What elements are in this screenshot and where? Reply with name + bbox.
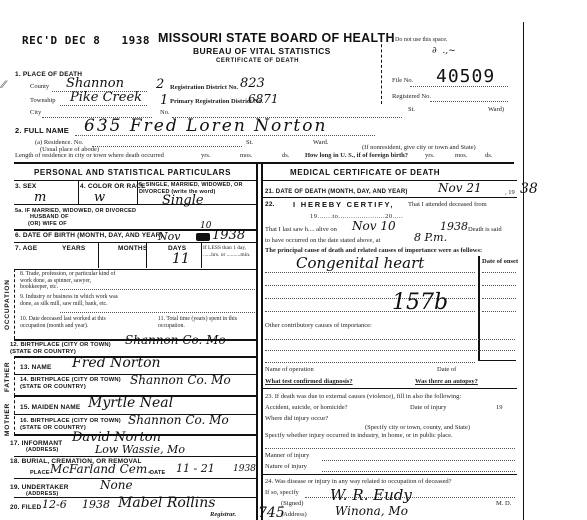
- ink-blot: [196, 233, 210, 241]
- dob-day: 10: [200, 221, 211, 231]
- injury-year-prefix: 19: [496, 404, 503, 411]
- onset-line-1: [482, 272, 516, 273]
- township-line: [60, 105, 147, 106]
- injury-row-line: [262, 474, 517, 475]
- cause-line-2: [265, 285, 475, 286]
- sex-row-line: [14, 204, 257, 205]
- form-title: MISSOURI STATE BOARD OF HEALTH: [158, 31, 395, 45]
- undertaker-value: None: [100, 478, 133, 492]
- father-side-label: FATHER: [4, 362, 11, 392]
- mos-label: mos.: [240, 152, 252, 159]
- occupation-related-label: 24. Was disease or injury in any way rel…: [265, 478, 452, 485]
- father-birthplace-value: Shannon Co. Mo: [130, 373, 231, 387]
- medical-section-title: MEDICAL CERTIFICATE OF DEATH: [290, 168, 440, 177]
- dob-year: 1938: [212, 228, 245, 243]
- st-label: St.: [408, 106, 415, 113]
- physician-address: Winona, Mo: [335, 504, 408, 518]
- burial-date-value: 11 - 21: [176, 462, 215, 475]
- certificate-type: CERTIFICATE OF DEATH: [216, 58, 299, 64]
- township-value: Pike Creek: [70, 90, 142, 105]
- nature-label: Nature of injury: [265, 463, 307, 470]
- mother-maiden-label: 15. MAIDEN NAME: [20, 404, 80, 411]
- onset-column-divider: [478, 256, 480, 360]
- date-of-onset-label: Date of onset: [482, 258, 518, 265]
- margin-mark: ⁄⁄: [2, 80, 5, 91]
- no-label: No.: [160, 109, 170, 116]
- burial-place-label: PLACE: [30, 470, 50, 476]
- principal-cause-label: The principal cause of death and related…: [265, 247, 482, 254]
- occ-total-time-label: 11. Total time (years) spent in this occ…: [158, 316, 238, 329]
- certify-text: That I attended deceased from: [408, 201, 487, 208]
- mother-bracket: [14, 395, 15, 435]
- husband-of-label: HUSBAND OF: [30, 214, 69, 220]
- md-label: M. D.: [496, 500, 511, 507]
- length-of-residence-label: Length of residence in city or town wher…: [15, 152, 164, 159]
- occ-last-worked-label: 10. Date deceased last worked at this oc…: [20, 316, 130, 329]
- death-time: 8 P.m.: [414, 231, 447, 244]
- township-label: Township: [30, 97, 56, 104]
- other-causes-line-2: [265, 350, 515, 351]
- registered-no-line: [430, 101, 508, 102]
- filed-label: 20. FILED: [10, 504, 41, 511]
- father-name-value: Fred Norton: [72, 355, 161, 371]
- filed-date-value: 12-6: [42, 498, 67, 511]
- cause-line-4: [265, 311, 475, 312]
- us-mos-label: mos.: [455, 152, 467, 159]
- informant-address-label: (ADDRESS): [26, 447, 58, 453]
- where-injury-label: Where did injury occur?: [265, 415, 328, 422]
- occupation-side-label: OCCUPATION: [4, 279, 11, 330]
- other-causes-line-1: [265, 339, 515, 340]
- certify-number: 22.: [265, 201, 275, 208]
- dod-year: 38: [520, 181, 538, 197]
- dob-row-line: [14, 242, 257, 243]
- years-divider: [98, 242, 99, 268]
- burial-row-line: [14, 478, 257, 479]
- reg-district-label: Registration District No.: [170, 84, 238, 91]
- occ-trade-label: 8. Trade, profession, or particular kind…: [20, 271, 120, 291]
- father-birthplace-label: 14. BIRTHPLACE (CITY OR TOWN) (STATE OR …: [20, 377, 130, 391]
- autopsy-label: Was there an autopsy?: [415, 378, 478, 385]
- occ-industry-line: [60, 312, 255, 313]
- dod-19-prefix: , 19: [505, 189, 515, 196]
- informant-address-value: Low Wassie, Mo: [95, 443, 185, 456]
- specify-place-label: Specify whether injury occurred in indus…: [265, 432, 453, 439]
- how-long-in-us-label: How long in U. S., if of foreign birth?: [305, 152, 408, 159]
- us-ds-label: ds.: [485, 152, 492, 159]
- color-label: 4. COLOR OR RACE: [80, 183, 146, 190]
- operation-label: Name of operation: [265, 366, 314, 373]
- specify-place-line: [265, 448, 515, 449]
- file-no-label: File No.: [392, 77, 413, 84]
- bureau-subtitle: BUREAU OF VITAL STATISTICS: [193, 46, 331, 56]
- address-label: (Address): [281, 511, 307, 518]
- residence-ward-label: Ward.: [313, 139, 329, 146]
- registrar-label: Registrar.: [210, 511, 236, 518]
- birthplace-label: 12. BIRTHPLACE (CITY OR TOWN) (STATE OR …: [10, 342, 120, 356]
- yrs-label: yrs.: [201, 152, 211, 159]
- undertaker-label: 19. UNDERTAKER: [10, 484, 69, 491]
- residence-label: (a) Residence. No.: [35, 139, 83, 146]
- days-divider: [201, 242, 202, 268]
- dob-label: 6. DATE OF BIRTH (MONTH, DAY, AND YEAR): [15, 232, 163, 239]
- sex-value: m: [34, 190, 46, 205]
- primary-reg-value: 6871: [248, 92, 279, 106]
- received-stamp-year: 1938: [121, 34, 150, 47]
- informant-label: 17. INFORMANT: [10, 440, 62, 447]
- death-said-label: Death is said: [468, 226, 502, 233]
- city-label: City: [30, 109, 41, 116]
- dod-row-line: [262, 197, 517, 198]
- nature-line: [322, 471, 515, 472]
- physician-signature: W. R. Eudy: [330, 486, 412, 504]
- color-value: w: [94, 190, 105, 205]
- personal-section-title: PERSONAL AND STATISTICAL PARTICULARS: [34, 168, 231, 177]
- diagnosis-row-line: [262, 388, 517, 389]
- township-code: 1: [160, 93, 168, 108]
- mother-birthplace-value: Shannon Co. Mo: [128, 413, 229, 427]
- other-causes-label: Other contributory causes of importance:: [265, 322, 372, 329]
- full-name-value: 635 Fred Loren Norton: [84, 116, 327, 136]
- onset-line-3: [482, 298, 516, 299]
- onset-line-2: [482, 285, 516, 286]
- date-injury-label: Date of injury: [410, 404, 446, 411]
- personal-header-line: [14, 180, 257, 181]
- do-not-use-note: Do not use this space.: [395, 37, 448, 43]
- dod-value: Nov 21: [438, 181, 482, 195]
- occurred-label: to have occurred on the date stated abov…: [265, 237, 380, 244]
- father-bracket: [14, 356, 15, 396]
- ward-label: Ward): [488, 106, 504, 113]
- marital-value: Single: [162, 193, 204, 208]
- accident-label: Accident, suicide, or homicide?: [265, 404, 348, 411]
- specify-city-label: (Specify city or town, county, and State…: [365, 424, 470, 431]
- occupation-bracket: [14, 269, 15, 339]
- registered-no-label: Registered No.: [392, 93, 431, 100]
- burial-place-value: McFarland Cem.: [50, 462, 151, 476]
- birthplace-value: Shannon Co. Mo: [125, 333, 226, 347]
- reg-district-value: 823: [240, 76, 265, 91]
- full-name-label: 2. FULL NAME: [15, 126, 69, 135]
- last-saw-value: Nov 10: [352, 219, 396, 233]
- operation-date-label: Date of: [437, 366, 456, 373]
- mother-side-label: MOTHER: [4, 403, 11, 436]
- manner-line: [322, 460, 515, 461]
- header-divider: [381, 34, 382, 104]
- nonresident-label: (If nonresident, give city or town and S…: [362, 144, 476, 151]
- years-label: YEARS: [62, 245, 85, 252]
- last-saw-label: That I last saw h.... alive on: [265, 226, 337, 233]
- section-divider: [14, 162, 514, 164]
- if-so-label: If so, specify: [265, 489, 299, 496]
- residence-line: [92, 146, 242, 147]
- age-label: 7. AGE: [15, 245, 37, 252]
- county-label: County: [30, 83, 49, 90]
- certify-heading: I HEREBY CERTIFY,: [293, 200, 394, 209]
- onset-box-bottom: [478, 360, 516, 361]
- center-divider-left: [256, 162, 258, 520]
- file-number: 40509: [436, 66, 495, 87]
- sex-divider: [78, 180, 79, 204]
- received-stamp: REC'D DEC 8 1938: [22, 34, 150, 47]
- registrar-signature: Mabel Rollins: [118, 495, 215, 511]
- external-causes-label: 23. If death was due to external causes …: [265, 393, 461, 400]
- county-value: Shannon: [66, 76, 124, 91]
- received-stamp-date: REC'D DEC 8: [22, 34, 100, 47]
- principal-cause-value: Congenital heart: [296, 254, 424, 272]
- occ-industry-label: 9. Industry or business in which work wa…: [20, 294, 120, 307]
- filed-year-value: 1938: [82, 498, 110, 511]
- father-name-label: 13. NAME: [20, 364, 52, 371]
- center-divider-right: [261, 162, 263, 520]
- burial-date-label: DATE: [150, 470, 165, 476]
- days-value: 11: [172, 251, 190, 267]
- right-border: [523, 22, 524, 520]
- wife-of-label: (OR) WIFE OF: [28, 221, 67, 227]
- mother-maiden-value: Myrtle Neal: [88, 395, 173, 411]
- dod-label: 21. DATE OF DEATH (MONTH, DAY, AND YEAR): [265, 189, 408, 195]
- us-yrs-label: yrs.: [425, 152, 435, 159]
- ds-label: ds.: [282, 152, 289, 159]
- informant-row-line: [14, 456, 257, 457]
- onset-line-4: [482, 311, 516, 312]
- color-divider: [137, 180, 138, 204]
- county-code: 2: [156, 77, 164, 92]
- burial-year-value: 1938: [233, 464, 256, 474]
- occ-trade-line: [60, 289, 255, 290]
- months-divider: [146, 242, 147, 268]
- residence-st-label: St.: [246, 139, 253, 146]
- age-row-line: [14, 269, 257, 270]
- test-diagnosis-label: What test confirmed diagnosis?: [265, 378, 353, 385]
- other-causes-line-3: [265, 362, 475, 363]
- office-mark: ∂ .,~: [432, 46, 456, 56]
- sex-label: 3. SEX: [15, 183, 36, 190]
- manner-label: Manner of injury: [265, 452, 309, 459]
- less-than-day-label: If LESS than 1 day, ......hrs. or ......…: [203, 245, 255, 259]
- cause-line-1: [265, 272, 475, 273]
- months-label: MONTHS: [118, 245, 147, 252]
